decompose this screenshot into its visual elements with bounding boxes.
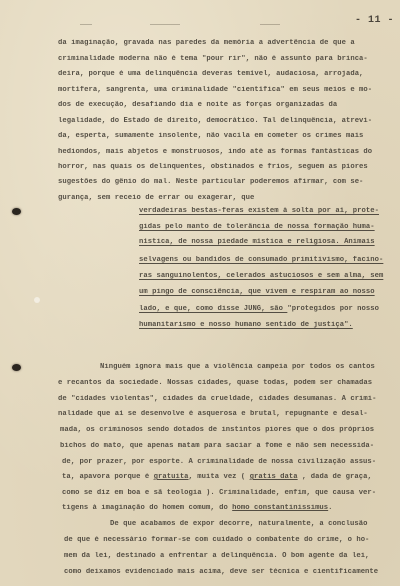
text-line: legalidade, do Estado de direito, democr… xyxy=(58,117,372,125)
text-line: Ninguém ignora mais que a violência camp… xyxy=(100,363,375,371)
text-span: ta, apavora porque é xyxy=(62,473,154,481)
text-line: tigens à imaginação do homem comum, do h… xyxy=(62,504,333,512)
text-line: da, esperta, sumamente insolente, não va… xyxy=(58,132,363,140)
quote-line: gidas pelo manto de tolerância de nossa … xyxy=(139,223,375,231)
text-line: deira, porque é uma delinquência deveras… xyxy=(58,70,363,78)
text-line: e recantos da sociedade. Nossas cidades,… xyxy=(58,379,372,387)
quote-line: lado, e que, como disse JUNG, são "prote… xyxy=(139,305,379,313)
paper-smudge xyxy=(34,297,40,303)
underlined-latin-gratis-data: gratis data xyxy=(250,473,298,481)
text-line: criminalidade moderna não é tema "pour r… xyxy=(58,55,368,63)
text-line: de "cidades violentas", cidades da cruel… xyxy=(58,395,377,403)
text-line: de que é necessário formar-se com cuidad… xyxy=(64,536,369,544)
text-line: De que acabamos de expor decorre, natura… xyxy=(110,520,367,528)
text-span: tigens à imaginação do homem comum, do xyxy=(62,504,232,512)
quote-line: um pingo de consciência, que vivem e res… xyxy=(139,288,375,296)
text-line: de, por prazer, por esporte. A criminali… xyxy=(62,458,376,466)
punch-hole xyxy=(12,208,21,215)
text-line: mem da lei, destinado a enfrentar a deli… xyxy=(64,552,369,560)
quote-line: nística, de nossa piedade mística e reli… xyxy=(139,238,375,246)
text-line: ta, apavora porque é gratuita, muita vez… xyxy=(62,473,372,481)
typewritten-page: - 11 - da imaginação, gravada nas parede… xyxy=(0,0,400,586)
quote-line: verdadeiras bestas-feras existem à solta… xyxy=(139,207,379,215)
text-line: bichos do mato, que apenas matam para sa… xyxy=(60,442,374,450)
text-span: , muita vez ( xyxy=(189,473,250,481)
text-line: dos de execução, desafiando dia e noite … xyxy=(58,101,337,109)
text-line: hediondos, mais abjetos e monstruosos, i… xyxy=(58,148,372,156)
text-line: mortífera, sangrenta, uma criminalidade … xyxy=(58,86,372,94)
text-line: mada, os criminosos sendo dotados de ins… xyxy=(60,426,374,434)
margin-mark xyxy=(80,24,92,25)
page-number: - 11 - xyxy=(355,15,394,26)
underlined-latin-homo: homo constantinissimus xyxy=(232,504,328,512)
quote-line: ras sanguinolentos, celerados astuciosos… xyxy=(139,272,383,280)
quote-line: selvagens ou bandidos de consumado primi… xyxy=(139,256,383,264)
quote-line-underlined: lado, e que, como disse JUNG, são xyxy=(139,305,287,313)
text-span: . xyxy=(328,504,332,512)
text-line: nalidade que aí se desenvolve é asqueros… xyxy=(58,410,368,418)
text-line: sugestões do gênio do mal. Neste particu… xyxy=(58,178,363,186)
text-line: gurança, sem receio de errar ou exagerar… xyxy=(58,194,254,202)
punch-hole xyxy=(12,364,21,371)
quote-line-tail: "protegidos por nosso xyxy=(287,305,379,313)
text-span: , dada de graça, xyxy=(298,473,372,481)
text-line: da imaginação, gravada nas paredes da me… xyxy=(58,39,355,47)
text-line: como deixamos evidenciado mais acima, de… xyxy=(64,568,378,576)
page-number-label: - 11 - xyxy=(355,15,394,26)
text-line: como se diz em boa e sã teologia ). Crim… xyxy=(62,489,376,497)
margin-mark xyxy=(150,24,180,25)
margin-mark xyxy=(260,24,280,25)
text-line: horror, nas quais os delinquentes, obsti… xyxy=(58,163,368,171)
underlined-word-gratuita: gratuita xyxy=(154,473,189,481)
quote-line: humanitarismo e nosso humano sentido de … xyxy=(139,321,353,329)
